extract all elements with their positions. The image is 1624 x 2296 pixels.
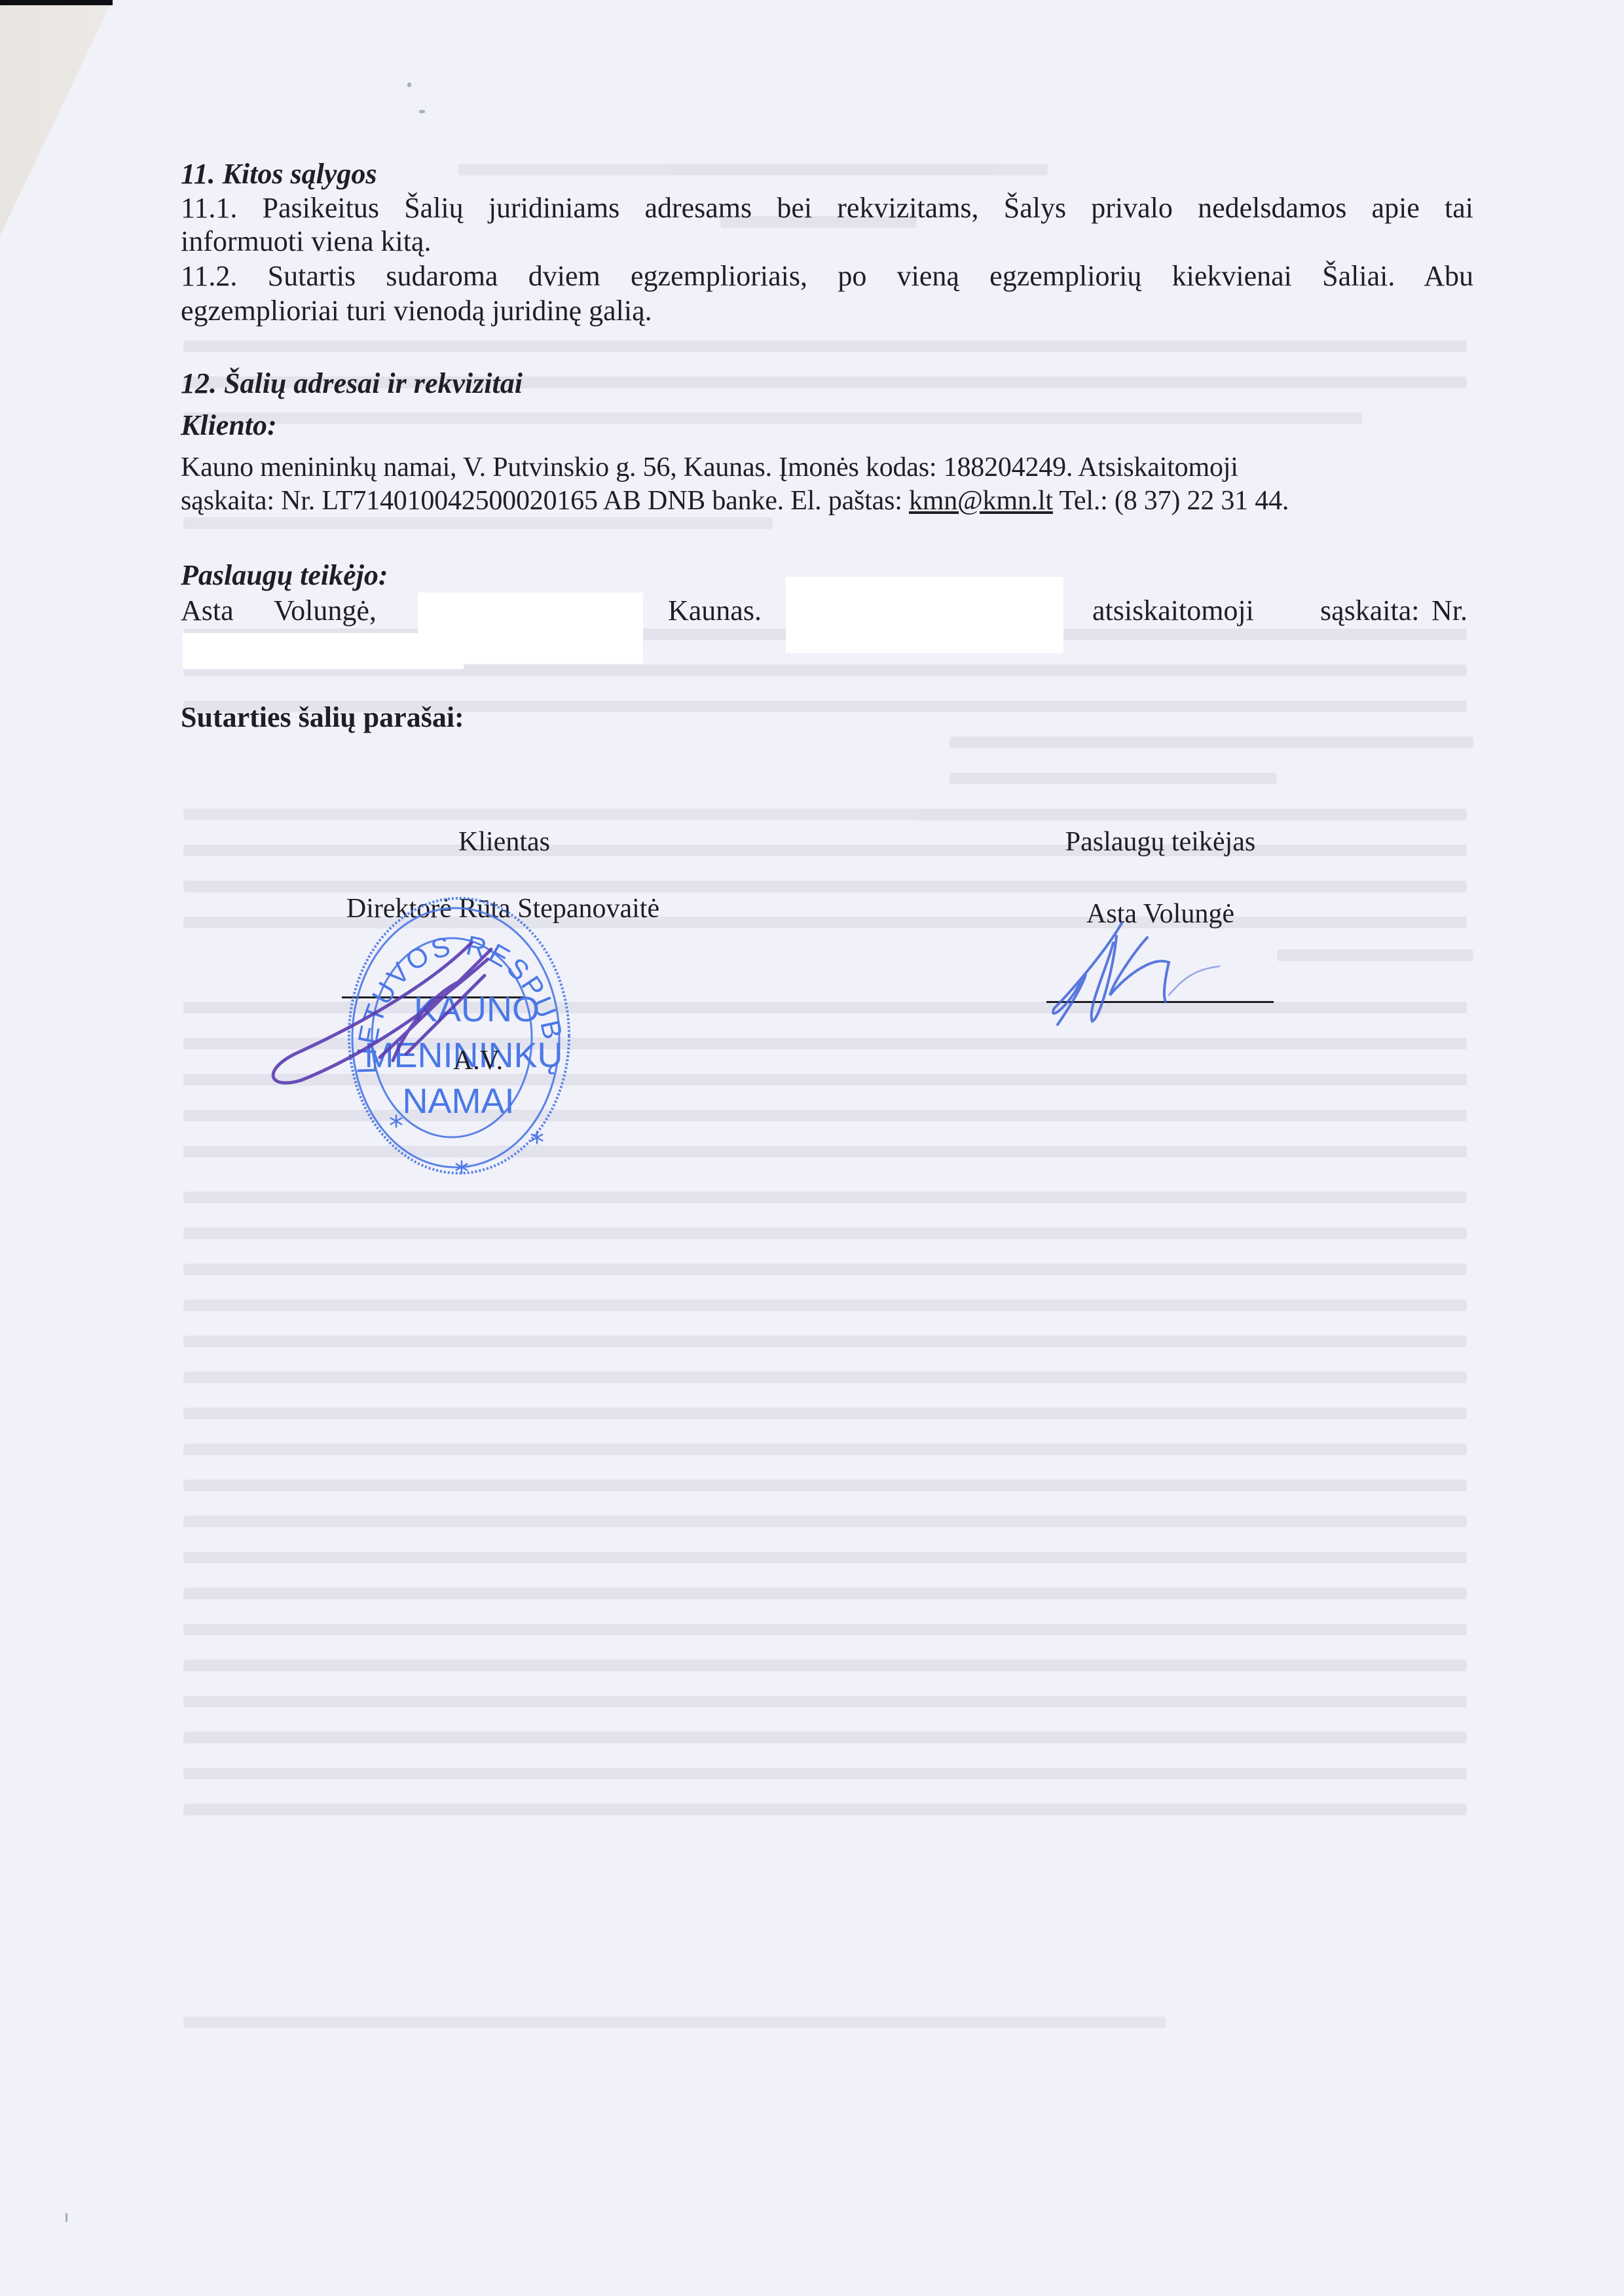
stamp-line-3: NAMAI <box>402 1082 514 1121</box>
stamp-star-icon: * <box>389 1110 403 1143</box>
stamp-line-1: KAUNO <box>414 990 540 1029</box>
stamp-star-icon: * <box>530 1126 544 1159</box>
stamp-star-icon: * <box>454 1156 469 1189</box>
seal-placeholder-label: A.V. <box>432 1045 524 1076</box>
official-stamp: LIETUVOS RESPUBLIKA KAUNO MENININKŲ NAMA… <box>0 0 1624 2296</box>
provider-handwritten-signature <box>1053 923 1219 1025</box>
